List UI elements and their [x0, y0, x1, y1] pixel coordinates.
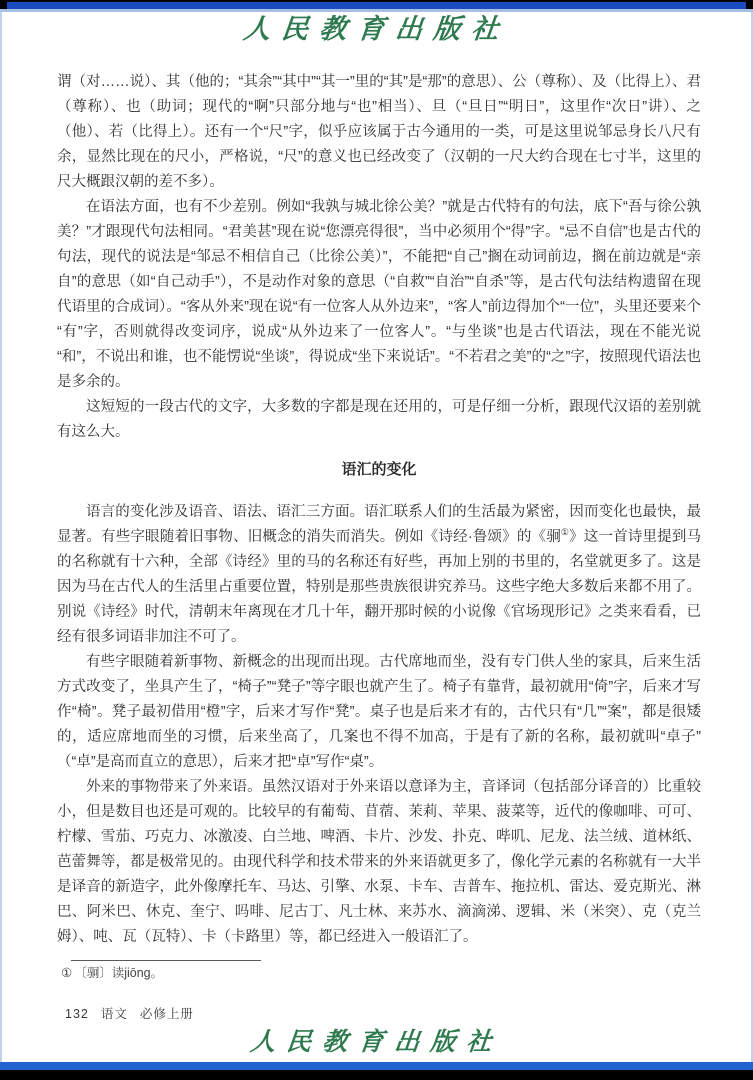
page-number: 132: [65, 1007, 89, 1021]
body-paragraph-6: 外来的事物带来了外来语。虽然汉语对于外来语以意译为主，音译词（包括部分译音的）比…: [57, 775, 701, 950]
section-heading: 语汇的变化: [57, 457, 701, 482]
body-paragraph-1: 谓（对……说）、其（他的；“其余”“其中”“其一”里的“其”是“那”的意思）、公…: [57, 70, 701, 195]
footer-volume: 必修上册: [140, 1007, 194, 1021]
bottom-border-bar: [0, 1062, 753, 1070]
left-border: [0, 12, 2, 1062]
footnote-divider: [71, 960, 261, 961]
footnote: ①〔𬳶〕读jiōng。: [61, 965, 701, 982]
page-footer: 132语文必修上册: [65, 1004, 194, 1022]
publisher-logo-top: 人民教育出版社: [0, 14, 753, 44]
footnote-marker: ①: [61, 966, 72, 980]
footnote-text: 〔𬳶〕读jiōng。: [74, 966, 163, 980]
bottom-edge: [0, 1070, 753, 1080]
body-paragraph-3: 这短短的一段古代的文字，大多数的字都是现在还用的，可是仔细一分析，跟现代汉语的差…: [57, 395, 701, 445]
top-border-accent: [0, 9, 753, 12]
top-border-bar: [0, 2, 753, 9]
textbook-page: 人民教育出版社 谓（对……说）、其（他的；“其余”“其中”“其一”里的“其”是“…: [0, 0, 753, 1080]
publisher-logo-bottom: 人民教育出版社: [0, 1028, 753, 1056]
body-paragraph-5: 有些字眼随着新事物、新概念的出现而出现。古代席地而坐，没有专门供人坐的家具，后来…: [57, 650, 701, 775]
body-paragraph-2: 在语法方面，也有不少差别。例如“我孰与城北徐公美？”就是古代特有的句法，底下“吾…: [57, 195, 701, 395]
top-frame: [0, 0, 753, 12]
paragraph-text: 》这一首诗里提到马的名称就有十六种，全部《诗经》里的马的名称还有好些，再加上别的…: [57, 529, 701, 645]
body-paragraph-4: 语言的变化涉及语音、语法、语汇三方面。语汇联系人们的生活最为紧密，因而变化也最快…: [57, 500, 701, 650]
footnote-reference-mark: ①: [561, 527, 569, 537]
page-content: 谓（对……说）、其（他的；“其余”“其中”“其一”里的“其”是“那”的意思）、公…: [57, 70, 701, 982]
footer-subject: 语文: [101, 1007, 128, 1021]
bottom-frame: [0, 1062, 753, 1080]
